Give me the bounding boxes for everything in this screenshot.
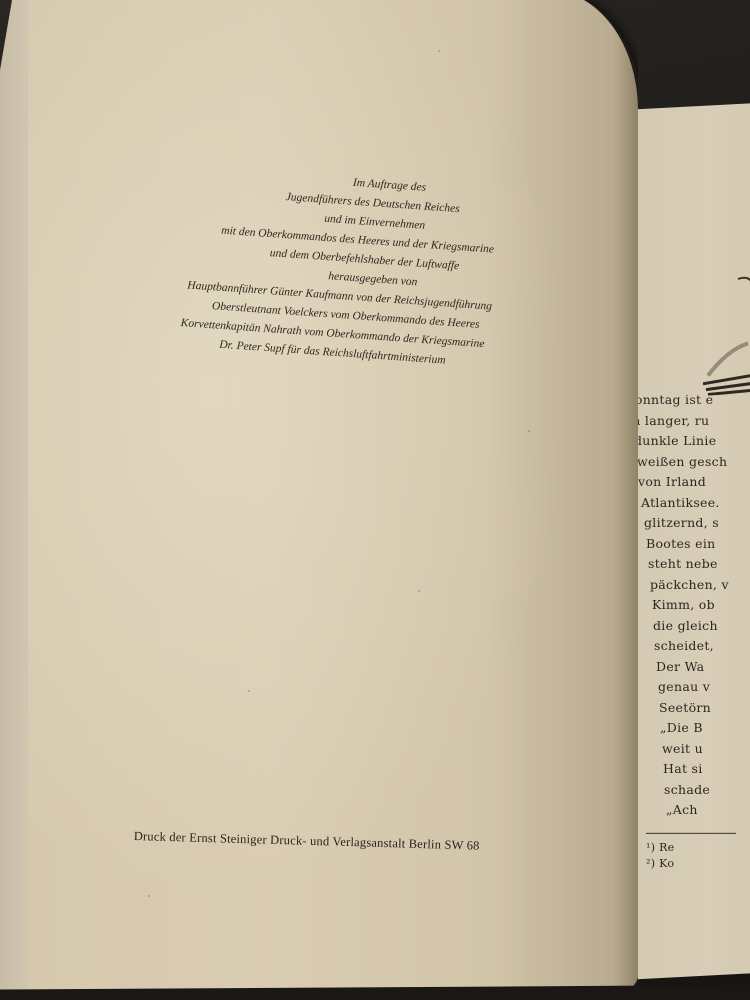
text-line: Sonntag ist e [626, 390, 750, 411]
text-line: Atlantiksee. [626, 492, 750, 513]
paper-speck [438, 50, 440, 52]
text-line: Der Wa [626, 656, 750, 677]
text-line: von Irland [626, 472, 750, 493]
text-line: glitzernd, s [626, 513, 750, 534]
text-line: genau v [626, 677, 750, 698]
footnote-divider [646, 832, 736, 833]
paper-speck [418, 590, 420, 592]
text-line: päckchen, v [626, 574, 750, 595]
text-line: „Die B [626, 718, 750, 739]
paper-speck [148, 895, 150, 897]
footnote: ¹) Re [626, 839, 750, 855]
text-line: weit u [626, 738, 750, 759]
text-line: in langer, ru [626, 410, 750, 431]
footnote: ²) Ko [626, 855, 750, 871]
right-page-text: Sonntag ist e in langer, ru dunkle Linie… [626, 390, 750, 872]
text-line: Bootes ein [626, 533, 750, 554]
paper-speck [248, 690, 250, 692]
sketch-illustration-icon [668, 273, 750, 398]
paper-speck [528, 430, 530, 432]
text-line: die gleich [626, 615, 750, 636]
text-line: steht nebe [626, 554, 750, 575]
text-line: scheidet, [626, 636, 750, 657]
text-line: Hat si [626, 759, 750, 780]
text-line: weißen gesch [626, 451, 750, 472]
text-line: Kimm, ob [626, 595, 750, 616]
editorial-credits: Im Auftrage des Jugendführers des Deutsc… [173, 162, 565, 378]
text-line: schade [626, 779, 750, 800]
text-line: dunkle Linie [626, 431, 750, 452]
text-line: „Ach [626, 800, 750, 821]
text-line: Seetörn [626, 697, 750, 718]
